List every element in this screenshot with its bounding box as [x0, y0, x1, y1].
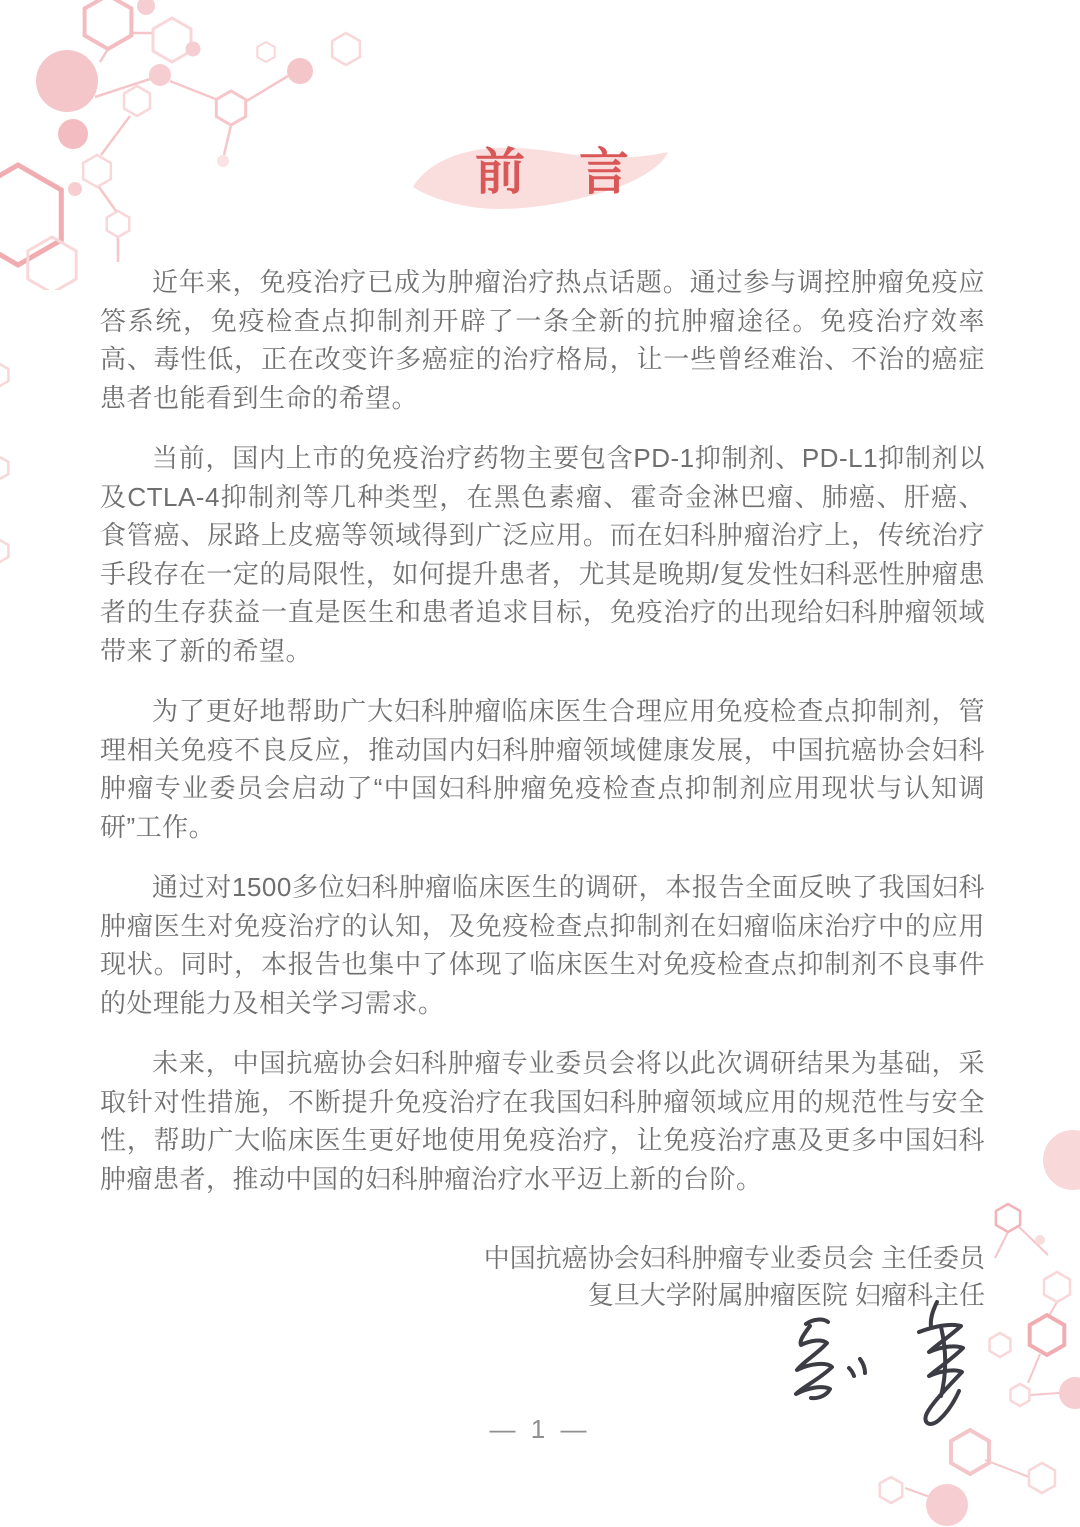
signature-affiliation-line1: 中国抗癌协会妇科肿瘤专业委员会 主任委员: [484, 1240, 985, 1277]
preface-body: 近年来，免疫治疗已成为肿瘤治疗热点话题。通过参与调控肿瘤免疫应答系统，免疫检查点…: [100, 263, 985, 1220]
edge-marks-left-icon: [0, 360, 24, 580]
document-page: 前 言 近年来，免疫治疗已成为肿瘤治疗热点话题。通过参与调控肿瘤免疫应答系统，免…: [0, 0, 1080, 1527]
page-number: — 1 —: [490, 1414, 591, 1444]
paragraph-5: 未来，中国抗癌协会妇科肿瘤专业委员会将以此次调研结果为基础，采取针对性措施，不断…: [100, 1044, 985, 1198]
preface-header: 前 言: [0, 126, 1080, 236]
paragraph-3: 为了更好地帮助广大妇科肿瘤临床医生合理应用免疫检查点抑制剂，管理相关免疫不良反应…: [100, 692, 985, 846]
paragraph-4: 通过对1500多位妇科肿瘤临床医生的调研，本报告全面反映了我国妇科肿瘤医生对免疫…: [100, 868, 985, 1022]
page-title: 前 言: [26, 132, 1080, 204]
paragraph-2: 当前，国内上市的免疫治疗药物主要包含PD-1抑制剂、PD-L1抑制剂以及CTLA…: [100, 439, 985, 670]
paragraph-1: 近年来，免疫治疗已成为肿瘤治疗热点话题。通过参与调控肿瘤免疫应答系统，免疫检查点…: [100, 263, 985, 417]
page-footer: — 1 —: [0, 1414, 1080, 1445]
